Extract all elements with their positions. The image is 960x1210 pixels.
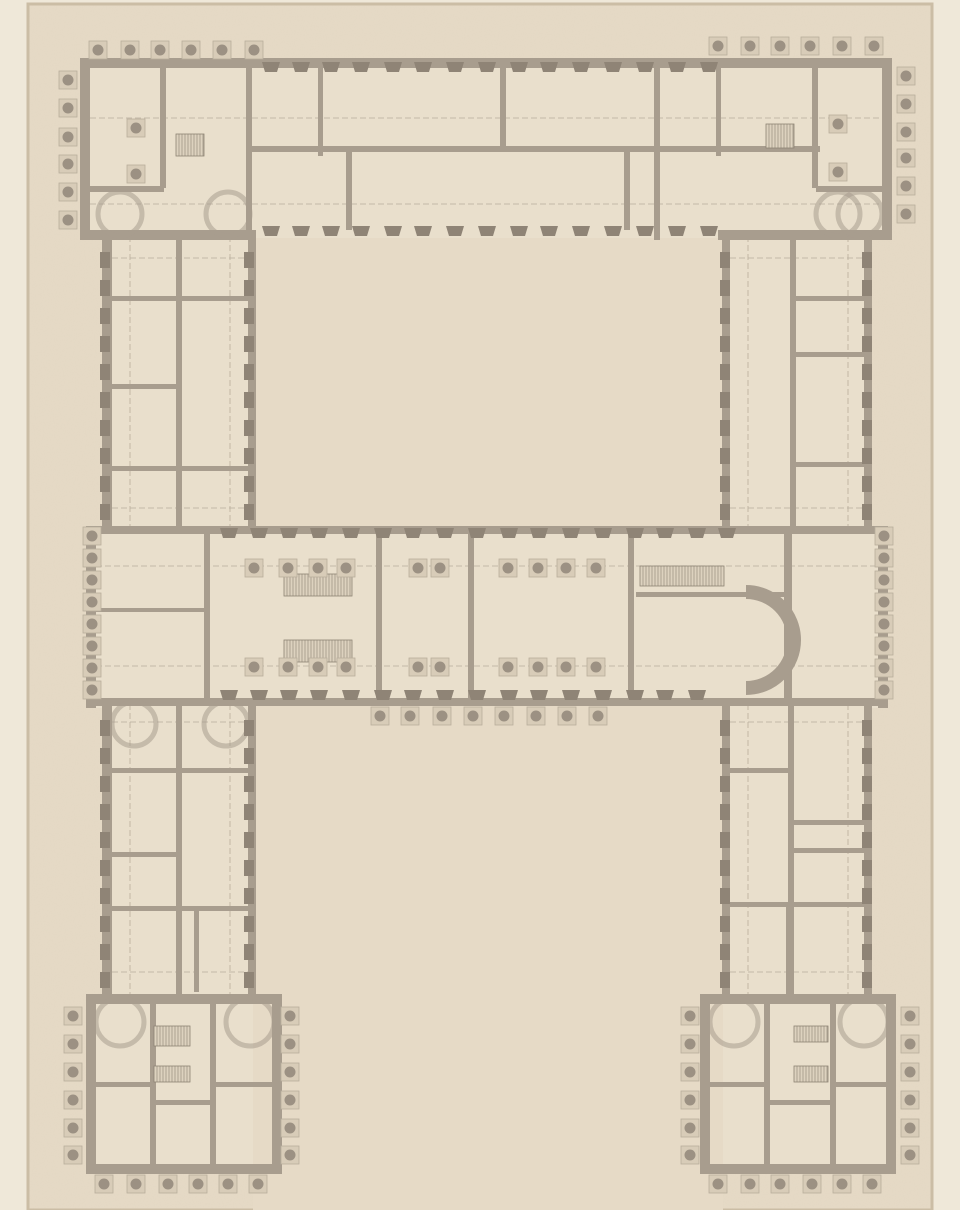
column — [59, 183, 77, 201]
pilaster — [100, 748, 110, 764]
column-shaft — [805, 41, 816, 52]
pilaster — [292, 62, 310, 72]
column-shaft — [87, 553, 98, 564]
column-shaft — [879, 553, 890, 564]
pilaster — [862, 944, 872, 960]
column-shaft — [905, 1095, 916, 1106]
column — [59, 128, 77, 146]
pilaster — [530, 528, 548, 538]
column-shaft — [125, 45, 136, 56]
stair-sw — [154, 1026, 190, 1046]
column — [182, 41, 200, 59]
column-shaft — [499, 711, 510, 722]
wall — [194, 906, 199, 992]
pilaster — [688, 690, 706, 700]
column-shaft — [341, 662, 352, 673]
column-shaft — [713, 1179, 724, 1190]
pilaster — [244, 748, 254, 764]
pilaster — [720, 252, 730, 268]
column-shaft — [745, 41, 756, 52]
column-shaft — [593, 711, 604, 722]
stair-outline — [794, 1026, 828, 1042]
pilaster — [862, 776, 872, 792]
column — [865, 37, 883, 55]
column — [64, 1035, 82, 1053]
column-shaft — [413, 563, 424, 574]
column — [829, 115, 847, 133]
pilaster — [244, 972, 254, 988]
column — [875, 549, 893, 567]
pilaster — [374, 528, 392, 538]
pilaster — [500, 528, 518, 538]
pilaster — [720, 860, 730, 876]
pilaster — [478, 226, 496, 236]
column — [681, 1146, 699, 1164]
column-shaft — [131, 123, 142, 134]
wall — [86, 526, 888, 534]
wall — [346, 150, 352, 230]
pilaster — [862, 364, 872, 380]
column-shaft — [249, 662, 260, 673]
pilaster — [862, 972, 872, 988]
column — [897, 67, 915, 85]
wall — [730, 902, 864, 907]
pilaster — [720, 888, 730, 904]
wall — [700, 1164, 896, 1174]
column — [901, 1119, 919, 1137]
column — [281, 1035, 299, 1053]
column-shaft — [685, 1039, 696, 1050]
column-shaft — [437, 711, 448, 722]
column-shaft — [562, 711, 573, 722]
pilaster — [414, 226, 432, 236]
wall — [112, 296, 248, 301]
column-shaft — [217, 45, 228, 56]
column-shaft — [68, 1095, 79, 1106]
column — [741, 1175, 759, 1193]
pilaster — [436, 690, 454, 700]
wall — [770, 1100, 830, 1105]
wall — [252, 146, 654, 152]
pilaster — [262, 62, 280, 72]
column — [431, 559, 449, 577]
column — [875, 527, 893, 545]
column-shaft — [685, 1095, 696, 1106]
wall — [786, 902, 791, 994]
column — [59, 71, 77, 89]
wall — [210, 1004, 216, 1164]
pilaster — [720, 504, 730, 520]
column — [897, 123, 915, 141]
wall — [812, 58, 818, 188]
column-shaft — [63, 187, 74, 198]
wall — [318, 66, 323, 156]
column-shaft — [468, 711, 479, 722]
pilaster — [250, 690, 268, 700]
pilaster — [720, 720, 730, 736]
pilaster — [862, 308, 872, 324]
pilaster — [100, 832, 110, 848]
column-shaft — [685, 1011, 696, 1022]
column — [529, 559, 547, 577]
pilaster — [100, 392, 110, 408]
column-shaft — [68, 1150, 79, 1161]
column — [219, 1175, 237, 1193]
pilaster — [244, 916, 254, 932]
pilaster — [668, 226, 686, 236]
column-shaft — [869, 41, 880, 52]
column-shaft — [879, 575, 890, 586]
pilaster — [100, 804, 110, 820]
wall — [468, 534, 474, 698]
wall — [96, 608, 204, 612]
stair-se-2 — [794, 1066, 828, 1082]
pilaster — [720, 420, 730, 436]
pilaster — [244, 832, 254, 848]
pilaster — [720, 448, 730, 464]
column — [464, 707, 482, 725]
wall — [204, 534, 210, 698]
column-shaft — [901, 127, 912, 138]
column — [875, 571, 893, 589]
pilaster — [244, 860, 254, 876]
pilaster — [862, 392, 872, 408]
column-shaft — [313, 662, 324, 673]
wall — [176, 704, 182, 996]
pilaster — [220, 528, 238, 538]
pilaster — [100, 280, 110, 296]
wall — [794, 848, 864, 853]
column — [741, 37, 759, 55]
pilaster — [594, 690, 612, 700]
column — [875, 593, 893, 611]
column-shaft — [775, 41, 786, 52]
pilaster — [100, 448, 110, 464]
pilaster — [862, 476, 872, 492]
wall — [790, 236, 796, 532]
column — [589, 707, 607, 725]
pilaster — [668, 62, 686, 72]
column-shaft — [685, 1150, 696, 1161]
wall — [96, 1082, 150, 1087]
pilaster — [100, 336, 110, 352]
column — [127, 1175, 145, 1193]
column-shaft — [283, 662, 294, 673]
pilaster — [862, 280, 872, 296]
column — [833, 37, 851, 55]
column — [709, 1175, 727, 1193]
column — [245, 41, 263, 59]
wall — [730, 768, 788, 773]
column — [121, 41, 139, 59]
column — [281, 1146, 299, 1164]
pilaster — [100, 776, 110, 792]
pilaster — [100, 888, 110, 904]
wall — [376, 534, 382, 698]
wall — [112, 768, 248, 773]
column — [83, 527, 101, 545]
column-shaft — [68, 1067, 79, 1078]
column-shaft — [285, 1123, 296, 1134]
pilaster — [244, 308, 254, 324]
column-shaft — [503, 662, 514, 673]
pilaster — [720, 392, 730, 408]
wall — [764, 1004, 770, 1164]
pilaster — [540, 226, 558, 236]
pilaster — [100, 504, 110, 520]
pilaster — [414, 62, 432, 72]
column-shaft — [313, 563, 324, 574]
column-shaft — [435, 662, 446, 673]
pilaster — [862, 804, 872, 820]
pilaster — [220, 690, 238, 700]
column-shaft — [249, 563, 260, 574]
column — [59, 155, 77, 173]
pilaster — [540, 62, 558, 72]
column — [863, 1175, 881, 1193]
column — [64, 1146, 82, 1164]
pilaster — [720, 748, 730, 764]
column-shaft — [63, 215, 74, 226]
pilaster — [244, 476, 254, 492]
column-shaft — [879, 641, 890, 652]
pilaster — [446, 226, 464, 236]
column — [897, 205, 915, 223]
column — [213, 41, 231, 59]
wall — [112, 384, 176, 389]
pilaster — [352, 226, 370, 236]
pilaster — [562, 690, 580, 700]
column — [433, 707, 451, 725]
column — [801, 37, 819, 55]
column-shaft — [87, 619, 98, 630]
column-shaft — [745, 1179, 756, 1190]
column — [833, 1175, 851, 1193]
pilaster — [688, 528, 706, 538]
pilaster — [862, 748, 872, 764]
column-shaft — [341, 563, 352, 574]
east-upper-wing — [722, 236, 872, 532]
column — [249, 1175, 267, 1193]
column-shaft — [713, 41, 724, 52]
column-shaft — [533, 662, 544, 673]
column-shaft — [249, 45, 260, 56]
column — [281, 1063, 299, 1081]
column-shaft — [87, 575, 98, 586]
column — [499, 658, 517, 676]
pilaster — [530, 690, 548, 700]
column-shaft — [186, 45, 197, 56]
stair-ne — [766, 124, 794, 148]
column-shaft — [901, 99, 912, 110]
column-shaft — [375, 711, 386, 722]
column-shaft — [413, 662, 424, 673]
pilaster — [700, 62, 718, 72]
column — [897, 177, 915, 195]
pilaster — [384, 226, 402, 236]
stair-sw-2 — [154, 1066, 190, 1082]
column-shaft — [901, 181, 912, 192]
column-shaft — [87, 641, 98, 652]
column — [771, 1175, 789, 1193]
column — [59, 211, 77, 229]
column — [901, 1063, 919, 1081]
pilaster — [100, 720, 110, 736]
column — [709, 37, 727, 55]
column — [83, 615, 101, 633]
pilaster — [100, 972, 110, 988]
column-shaft — [685, 1067, 696, 1078]
pilaster — [404, 690, 422, 700]
column — [281, 1091, 299, 1109]
column-shaft — [435, 563, 446, 574]
pilaster — [352, 62, 370, 72]
pilaster — [594, 528, 612, 538]
column — [83, 593, 101, 611]
wall — [624, 150, 630, 230]
pilaster — [250, 528, 268, 538]
pilaster — [262, 226, 280, 236]
column — [557, 559, 575, 577]
column — [127, 119, 145, 137]
column-shaft — [905, 1067, 916, 1078]
pilaster — [280, 528, 298, 538]
pilaster — [100, 476, 110, 492]
pilaster — [656, 528, 674, 538]
column-shaft — [879, 663, 890, 674]
column-shaft — [879, 619, 890, 630]
column-shaft — [131, 169, 142, 180]
pilaster — [500, 690, 518, 700]
wall — [794, 820, 864, 825]
pilaster — [720, 804, 730, 820]
column-shaft — [163, 1179, 174, 1190]
column-shaft — [807, 1179, 818, 1190]
column-shaft — [901, 209, 912, 220]
pilaster — [322, 226, 340, 236]
column — [803, 1175, 821, 1193]
column — [681, 1007, 699, 1025]
column-shaft — [879, 597, 890, 608]
wall — [716, 66, 721, 156]
wall — [160, 58, 166, 188]
pilaster — [862, 832, 872, 848]
column — [83, 549, 101, 567]
column-shaft — [503, 563, 514, 574]
pilaster — [100, 252, 110, 268]
pilaster — [292, 226, 310, 236]
column-shaft — [63, 103, 74, 114]
column — [557, 658, 575, 676]
pilaster — [720, 280, 730, 296]
pilaster — [244, 504, 254, 520]
column — [245, 559, 263, 577]
column — [279, 658, 297, 676]
column — [681, 1035, 699, 1053]
column — [95, 1175, 113, 1193]
wall — [112, 906, 248, 911]
column-shaft — [533, 563, 544, 574]
column — [897, 149, 915, 167]
column — [151, 41, 169, 59]
pilaster — [718, 528, 736, 538]
column-shaft — [901, 153, 912, 164]
column — [64, 1007, 82, 1025]
column — [499, 559, 517, 577]
wall — [796, 296, 866, 301]
column — [83, 681, 101, 699]
column — [281, 1119, 299, 1137]
column-shaft — [591, 662, 602, 673]
column — [64, 1119, 82, 1137]
palace-plan-svg — [0, 0, 960, 1210]
pilaster — [322, 62, 340, 72]
pilaster — [244, 804, 254, 820]
column — [431, 658, 449, 676]
pilaster — [720, 832, 730, 848]
pilaster — [720, 336, 730, 352]
column-shaft — [93, 45, 104, 56]
column — [409, 658, 427, 676]
wall — [830, 1004, 836, 1164]
pilaster — [604, 62, 622, 72]
column-shaft — [905, 1011, 916, 1022]
stair-outline — [794, 1066, 828, 1082]
wall — [796, 462, 866, 467]
column-shaft — [99, 1179, 110, 1190]
pilaster — [310, 690, 328, 700]
column — [587, 658, 605, 676]
pilaster — [100, 308, 110, 324]
pilaster — [280, 690, 298, 700]
pilaster — [720, 944, 730, 960]
column-shaft — [591, 563, 602, 574]
column — [64, 1091, 82, 1109]
column — [875, 681, 893, 699]
column-shaft — [283, 563, 294, 574]
column — [901, 1146, 919, 1164]
column-shaft — [87, 663, 98, 674]
pilaster — [862, 860, 872, 876]
wall — [176, 236, 182, 532]
column — [681, 1119, 699, 1137]
pilaster — [244, 888, 254, 904]
pilaster — [626, 690, 644, 700]
wall — [816, 186, 886, 192]
pilaster — [700, 226, 718, 236]
pilaster — [468, 690, 486, 700]
column — [527, 707, 545, 725]
column — [189, 1175, 207, 1193]
column — [875, 637, 893, 655]
column — [337, 658, 355, 676]
wall — [80, 58, 90, 240]
column — [681, 1063, 699, 1081]
pilaster — [862, 336, 872, 352]
stair-se — [794, 1026, 828, 1042]
column-shaft — [285, 1095, 296, 1106]
lower-courtyard — [253, 706, 723, 1210]
pilaster — [572, 62, 590, 72]
column-shaft — [531, 711, 542, 722]
column — [901, 1035, 919, 1053]
column — [159, 1175, 177, 1193]
pilaster — [244, 720, 254, 736]
pilaster — [720, 308, 730, 324]
pilaster — [384, 62, 402, 72]
pilaster — [100, 364, 110, 380]
pilaster — [862, 916, 872, 932]
